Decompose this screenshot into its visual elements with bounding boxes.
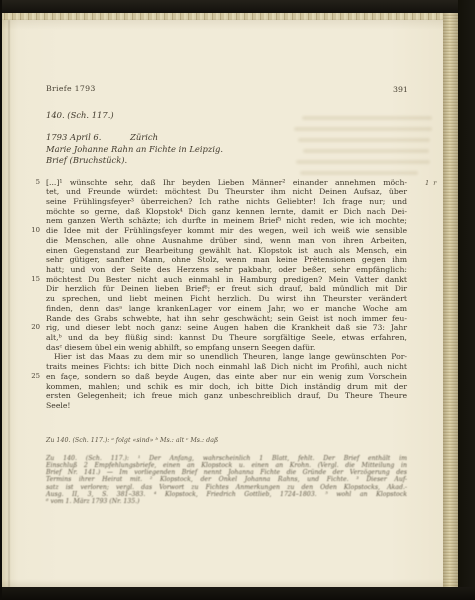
text-line: hatt; und von der Seite des Herzens sehr…	[46, 265, 407, 275]
text-line: rig, und dieser lebt noch ganz: seine Au…	[46, 323, 407, 333]
letter-heading: 140. (Sch. 117.)	[46, 110, 114, 120]
running-head: Briefe 1793	[46, 84, 96, 93]
commentary-line: Zu 140. (Sch. 117.): ¹ Der Anfang, wahrs…	[46, 455, 407, 462]
text-line: seine Frühlingsfeyer³ überreichen? Ich r…	[46, 197, 407, 207]
text-line: [...]¹ wünschte sehr, daß Ihr beyden Lie…	[46, 178, 407, 188]
line-number: 20	[24, 323, 40, 333]
letter-date: 1793 April 6.	[46, 132, 101, 142]
text-line: Rande des Grabs schwebte, hat ihn sehr g…	[46, 314, 407, 324]
text-line: ersten Gelegenheit; ich freue mich ganz …	[46, 391, 407, 401]
page-number: 391	[393, 85, 408, 94]
commentary-line: Termins ihrer Heirat mit. ² Klopstock, d…	[46, 476, 407, 483]
commentary-line: Brief Nr. 141.) — Im vorliegenden Brief …	[46, 469, 407, 476]
commentary-line: Ausg. II, 3, S. 381–383. ⁴ Klopstock, Fr…	[46, 491, 407, 498]
show-through-mark	[300, 171, 418, 175]
commentary-line: satz ist verloren; vergl. das Vorwort zu…	[46, 484, 407, 491]
text-line: einen Gegenstand zur Bearbeitung gewählt…	[46, 246, 407, 256]
text-line: tet, und Freunde würdet: möchtest Du The…	[46, 187, 407, 197]
text-line: dasᶜ diesem übel ein wenig abhilft, so e…	[46, 343, 407, 353]
text-line: traits meines Fichts: ich bitte Dich noc…	[46, 362, 407, 372]
line-number: 15	[24, 275, 40, 285]
letter-body: [...]¹ wünschte sehr, daß Ihr beyden Lie…	[46, 178, 407, 411]
commentary-line: Einschluß 2 Empfehlungsbriefe, einen an …	[46, 462, 407, 469]
show-through-mark	[302, 116, 432, 120]
text-line: sehr gütiger, sanfter Mann, ohne Stolz, …	[46, 255, 407, 265]
letter-type-line: Brief (Bruchstück).	[46, 155, 127, 165]
show-through-mark	[303, 149, 429, 153]
line-number: 5	[24, 178, 40, 188]
photo-frame-bottom	[0, 587, 475, 600]
photo-frame-top	[0, 0, 475, 14]
text-line: möchtest Du Bester nicht auch einmahl in…	[46, 275, 407, 285]
apparatus-footnote-line: Zu 140. (Sch. 117.): ᵃ folgt «sind» ᵇ Ms…	[46, 437, 407, 444]
folio-marginal: 1 r	[425, 179, 437, 187]
letter-sender-line: Marie Johanne Rahn an Fichte in Leipzig.	[46, 144, 223, 154]
scanned-book-page: Briefe 1793 391 140. (Sch. 117.) 1793 Ap…	[2, 20, 443, 587]
text-line: die Menschen, alle ohne Ausnahme drüber …	[46, 236, 407, 246]
photo-frame-right	[458, 0, 475, 600]
show-through-mark	[296, 160, 430, 164]
line-number: 10	[24, 226, 40, 236]
text-line: en façe, sondern so daß beyde Augen, das…	[46, 372, 407, 382]
photo-frame-left	[0, 0, 2, 600]
commentary-line: ⁶ vom 1. März 1793 (Nr. 135.)	[46, 498, 407, 505]
text-line: finden, denn dasᵃ lange krankenLager vor…	[46, 304, 407, 314]
show-through-mark	[294, 127, 432, 131]
letter-place: Zürich	[130, 132, 158, 142]
text-line: Seele!	[46, 401, 407, 411]
page-crease	[8, 20, 10, 587]
line-number: 25	[24, 372, 40, 382]
text-line: Dir herzlich für Deinen lieben Brief⁶; e…	[46, 284, 407, 294]
text-line: zu sprechen, und liebt meinen Ficht herz…	[46, 294, 407, 304]
text-line: alt,ᵇ und da bey flüßig sind: kannst Du …	[46, 333, 407, 343]
text-line: möchte so gerne, daß Klopstok⁴ Dich ganz…	[46, 207, 407, 217]
book-fore-edge	[443, 13, 458, 587]
commentary-footnote-block: Zu 140. (Sch. 117.): ¹ Der Anfang, wahrs…	[46, 455, 407, 506]
text-line: nem ganzen Werth schäzte; ich durfte in …	[46, 216, 407, 226]
letter-date-line: 1793 April 6. Zürich	[46, 132, 346, 142]
text-line: Hier ist das Maas zu dem mir so unendlic…	[46, 352, 407, 362]
text-line: kommen, mahlen; und schik es mir doch, i…	[46, 382, 407, 392]
text-line: die Idee mit der Frühlingsfeyer kommt mi…	[46, 226, 407, 236]
